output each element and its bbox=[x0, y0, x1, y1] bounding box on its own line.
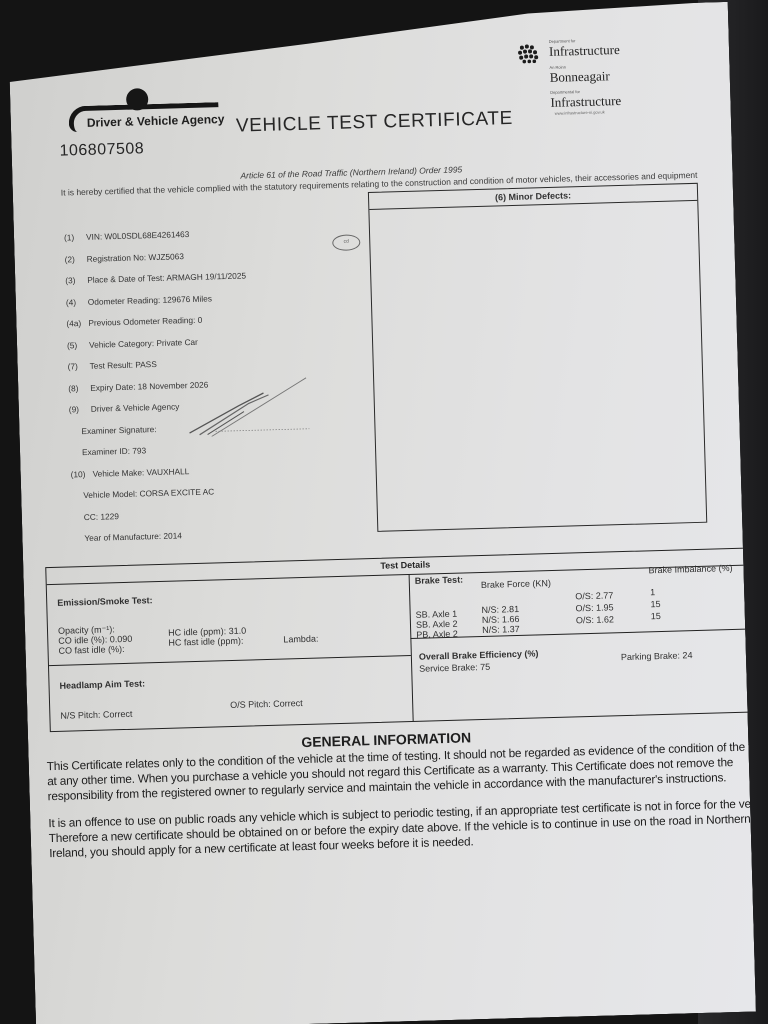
dfi-emblem-icon bbox=[517, 43, 540, 64]
dept-line3: Infrastructure bbox=[550, 93, 621, 111]
field-number: (1) bbox=[64, 232, 86, 243]
brake-imbalance-value: 15 bbox=[651, 611, 661, 621]
field-label: Odometer Reading: bbox=[88, 294, 161, 306]
test-details-table: Test Details Emission/Smoke Test: Opacit… bbox=[45, 547, 768, 732]
field-number: (5) bbox=[67, 339, 89, 350]
general-information-paragraph: It is an offence to use on public roads … bbox=[48, 796, 768, 862]
emission-heading: Emission/Smoke Test: bbox=[57, 595, 153, 608]
field-label: Vehicle Make: bbox=[92, 467, 144, 478]
field-label: Expiry Date: bbox=[90, 381, 135, 392]
divider bbox=[410, 628, 766, 639]
field-number: (4a) bbox=[66, 318, 88, 329]
field-label: Year of Manufacture: bbox=[84, 531, 161, 543]
field-number: (9) bbox=[69, 404, 91, 415]
general-information: GENERAL INFORMATION This Certificate rel… bbox=[46, 721, 768, 874]
brake-os-value: O/S: 1.62 bbox=[576, 614, 614, 625]
department-logo: Department for Infrastructure An Roinn B… bbox=[517, 32, 667, 36]
examiner-signature bbox=[178, 374, 310, 438]
brake-os-value: O/S: 1.95 bbox=[575, 602, 613, 613]
field-number: (8) bbox=[68, 382, 90, 393]
certificate-document: Driver & Vehicle Agency 106807508 VEHICL… bbox=[8, 2, 756, 1024]
field-label: CC: bbox=[84, 511, 99, 521]
field-value: 2014 bbox=[163, 530, 182, 541]
dept-line1: Infrastructure bbox=[549, 42, 620, 60]
brake-os-value: O/S: 2.77 bbox=[575, 590, 613, 601]
dept-url: www.infrastructure-ni.gov.uk bbox=[555, 109, 605, 115]
field-label: Place & Date of Test: bbox=[87, 273, 165, 285]
field-value: 1229 bbox=[100, 511, 119, 522]
headlamp-heading: Headlamp Aim Test: bbox=[59, 678, 145, 690]
hc-fast-idle-value: HC fast idle (ppm): bbox=[168, 636, 243, 648]
parking-brake-value: Parking Brake: 24 bbox=[621, 650, 693, 662]
os-pitch-value: O/S Pitch: Correct bbox=[230, 698, 303, 710]
ns-pitch-value: N/S Pitch: Correct bbox=[60, 709, 132, 721]
field-label: Vehicle Category: bbox=[89, 338, 154, 350]
co-fast-idle-value: CO fast idle (%): bbox=[58, 644, 124, 656]
certificate-title: VEHICLE TEST CERTIFICATE bbox=[236, 108, 513, 138]
brake-imbalance-value: 15 bbox=[650, 599, 660, 609]
field-value: VAUXHALL bbox=[146, 466, 189, 477]
field-value: PASS bbox=[135, 359, 157, 370]
field-value: W0L0SDL68E4261463 bbox=[104, 229, 189, 241]
certificate-number: 106807508 bbox=[59, 140, 144, 160]
brake-imbalance-heading: Brake Imbalance (%) bbox=[648, 563, 732, 575]
field-number: (3) bbox=[65, 275, 87, 286]
brake-ns-value: N/S: 1.37 bbox=[482, 624, 520, 635]
field-value: 0 bbox=[198, 315, 203, 325]
field-number: (4) bbox=[66, 296, 88, 307]
minor-defects-box: (6) Minor Defects: bbox=[368, 183, 707, 532]
field-label: Registration No: bbox=[86, 252, 146, 264]
field-value: CORSA EXCITE AC bbox=[139, 486, 214, 498]
dept-line2: Bonneagair bbox=[550, 68, 610, 86]
lambda-value: Lambda: bbox=[283, 634, 318, 645]
dva-logo: Driver & Vehicle Agency bbox=[68, 86, 239, 141]
field-label: Previous Odometer Reading: bbox=[88, 315, 195, 328]
brake-axle-label: PB. Axle 2 bbox=[416, 629, 458, 640]
field-label: Examiner ID: bbox=[82, 446, 130, 457]
divider bbox=[409, 574, 414, 721]
field-value: ARMAGH 19/11/2025 bbox=[166, 270, 246, 282]
field-value: WJZ5063 bbox=[148, 251, 184, 262]
field-label: Examiner Signature: bbox=[81, 424, 156, 436]
brake-heading: Brake Test: bbox=[415, 575, 464, 586]
field-number: (7) bbox=[68, 361, 90, 372]
field-value: 129676 Miles bbox=[162, 293, 212, 304]
brake-efficiency-heading: Overall Brake Efficiency (%) bbox=[419, 648, 539, 661]
brake-force-heading: Brake Force (KN) bbox=[481, 578, 551, 590]
field-label: Driver & Vehicle Agency bbox=[91, 401, 180, 413]
field-label: VIN: bbox=[86, 231, 102, 241]
divider bbox=[49, 655, 411, 666]
field-value: 793 bbox=[132, 445, 146, 455]
field-value: Private Car bbox=[156, 336, 198, 347]
field-label: Vehicle Model: bbox=[83, 489, 137, 501]
brake-imbalance-value: 1 bbox=[650, 587, 655, 597]
service-brake-value: Service Brake: 75 bbox=[419, 662, 490, 674]
field-label: Test Result: bbox=[89, 360, 133, 371]
field-number: (2) bbox=[65, 253, 87, 264]
field-number: (10) bbox=[71, 468, 93, 479]
